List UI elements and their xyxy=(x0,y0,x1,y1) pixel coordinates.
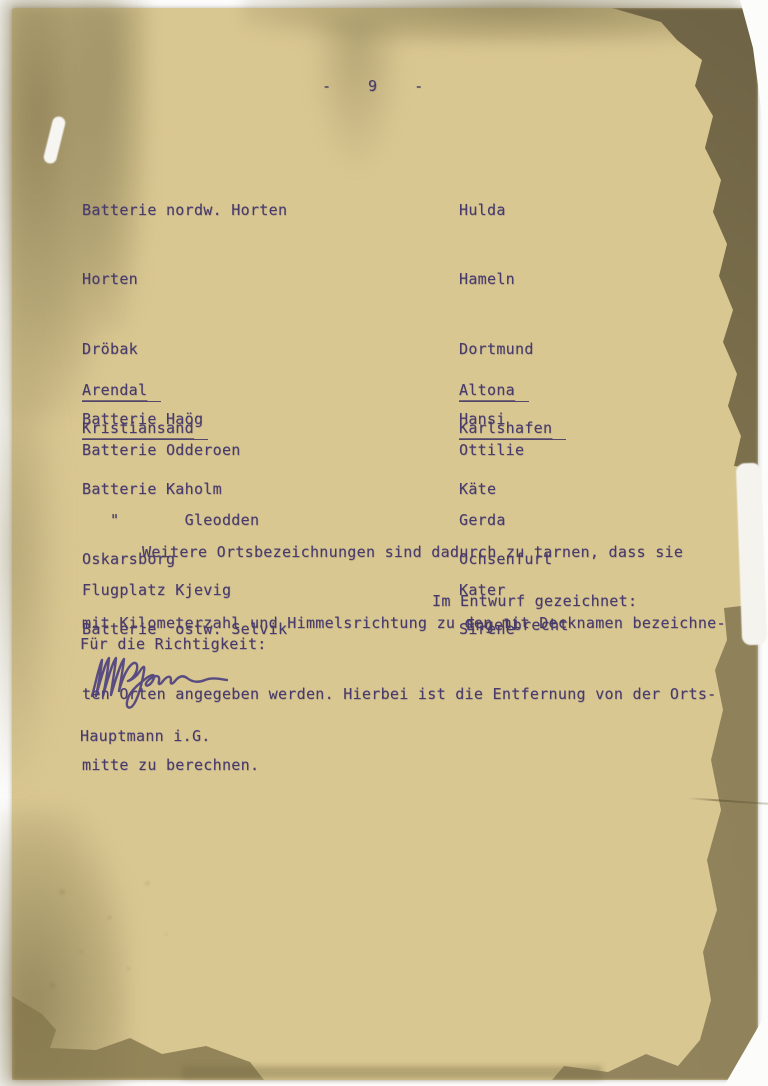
paragraph-line: mit Kilometerzahl und Himmelsrichtung zu… xyxy=(82,612,726,636)
table-row: Horten Hameln xyxy=(82,268,552,291)
cover-name: Hameln xyxy=(459,268,515,291)
handwritten-signature xyxy=(88,650,240,714)
table-row: Batterie Odderoen Ottilie xyxy=(82,439,524,462)
cover-name: Ottilie xyxy=(459,439,524,462)
draft-signer-name: Engelbrecht xyxy=(466,616,569,634)
stain-top-edge xyxy=(242,0,742,44)
paragraph-line: mitte zu berechnen. xyxy=(82,754,726,778)
cover-name: Hulda xyxy=(459,199,506,222)
place-name: Batterie Odderoen xyxy=(82,439,459,462)
stain-left-middle xyxy=(0,308,60,788)
paper-scuff-mark xyxy=(42,115,66,165)
stain-left-bottom xyxy=(0,808,130,1086)
stain-bottom-strip xyxy=(182,1066,602,1079)
scanned-document: { "document": { "page_number": "- 9 -", … xyxy=(0,0,768,1086)
draft-signed-note: Im Entwurf gezeichnet: xyxy=(432,592,637,610)
place-name: Horten xyxy=(82,268,459,291)
signer-rank: Hauptmann i.G. xyxy=(80,727,211,745)
page-number: - 9 - xyxy=(322,77,432,95)
stain-speckles xyxy=(24,858,214,1028)
tear-white-patch xyxy=(736,463,767,646)
table-row: Batterie nordw. Horten Hulda xyxy=(82,199,552,222)
place-name: Batterie nordw. Horten xyxy=(82,199,459,222)
paragraph-line: Weitere Ortsbezeichnungen sind dadurch z… xyxy=(82,541,726,565)
